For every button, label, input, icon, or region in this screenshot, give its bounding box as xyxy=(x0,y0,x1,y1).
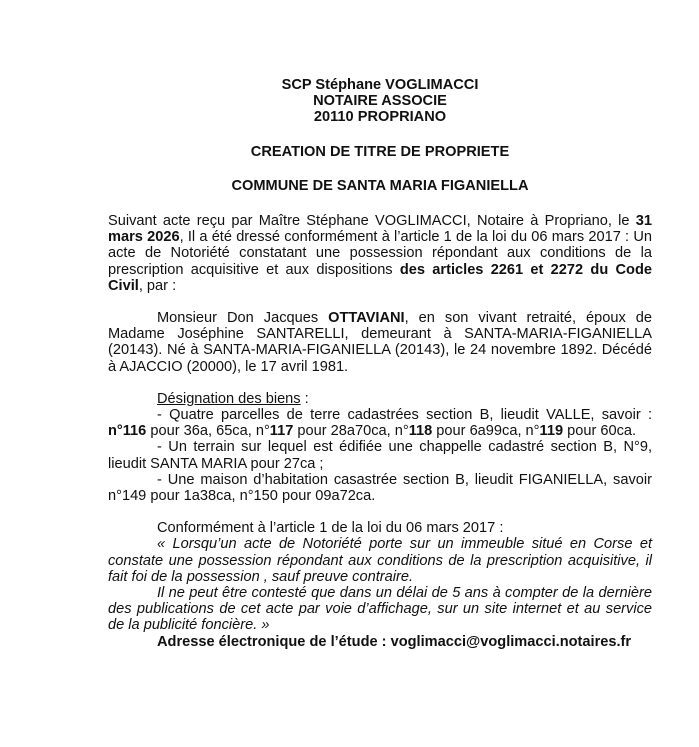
firm-name: SCP Stéphane VOGLIMACCI xyxy=(108,77,652,93)
notice-document: SCP Stéphane VOGLIMACCI NOTAIRE ASSOCIE … xyxy=(108,77,652,650)
person-paragraph: Monsieur Don Jacques OTTAVIANI, en son v… xyxy=(108,310,652,375)
intro-text: Suivant acte reçu par Maître Stéphane VO… xyxy=(108,213,636,229)
property-item-parcels: - Quatre parcelles de terre cadastrées s… xyxy=(108,407,652,439)
item-text: pour 6a99ca, n° xyxy=(432,423,539,439)
contact-line: Adresse électronique de l’étude : voglim… xyxy=(108,634,652,650)
designation-label: Désignation des biens xyxy=(157,391,301,407)
item-text: pour 28a70ca, n° xyxy=(293,423,408,439)
parcel-number: 117 xyxy=(270,423,294,439)
intro-text: , par : xyxy=(139,278,176,294)
property-item-house: - Une maison d’habitation casastrée sect… xyxy=(108,472,652,504)
property-item-chapel: - Un terrain sur lequel est édifiée une … xyxy=(108,439,652,471)
parcel-number: n°116 xyxy=(108,423,146,439)
intro-paragraph: Suivant acte reçu par Maître Stéphane VO… xyxy=(108,213,652,294)
notary-header: SCP Stéphane VOGLIMACCI NOTAIRE ASSOCIE … xyxy=(108,77,652,126)
person-text: Monsieur Don Jacques xyxy=(157,310,328,326)
person-surname: OTTAVIANI xyxy=(328,310,404,326)
item-text: pour 60ca. xyxy=(563,423,636,439)
contact-email: voglimacci@voglimacci.notaires.fr xyxy=(391,634,632,650)
document-title: CREATION DE TITRE DE PROPRIETE xyxy=(108,144,652,160)
designation-heading: Désignation des biens : xyxy=(108,391,652,407)
law-intro: Conformément à l’article 1 de la loi du … xyxy=(108,520,652,536)
contact-label: Adresse électronique de l’étude : xyxy=(157,634,391,650)
parcel-number: 118 xyxy=(409,423,433,439)
notary-role: NOTAIRE ASSOCIE xyxy=(108,93,652,109)
commune-heading: COMMUNE DE SANTA MARIA FIGANIELLA xyxy=(108,178,652,194)
law-reference: Conformément à l’article 1 de la loi du … xyxy=(108,520,652,650)
parcel-number: 119 xyxy=(540,423,564,439)
property-designation: Désignation des biens : - Quatre parcell… xyxy=(108,391,652,504)
item-text: - Quatre parcelles de terre cadastrées s… xyxy=(157,407,652,423)
notary-city: 20110 PROPRIANO xyxy=(108,109,652,125)
item-text: pour 36a, 65ca, n° xyxy=(146,423,269,439)
law-quote-2: Il ne peut être contesté que dans un dél… xyxy=(108,585,652,634)
law-quote-1: « Lorsqu’un acte de Notoriété porte sur … xyxy=(108,536,652,585)
designation-colon: : xyxy=(301,391,309,407)
